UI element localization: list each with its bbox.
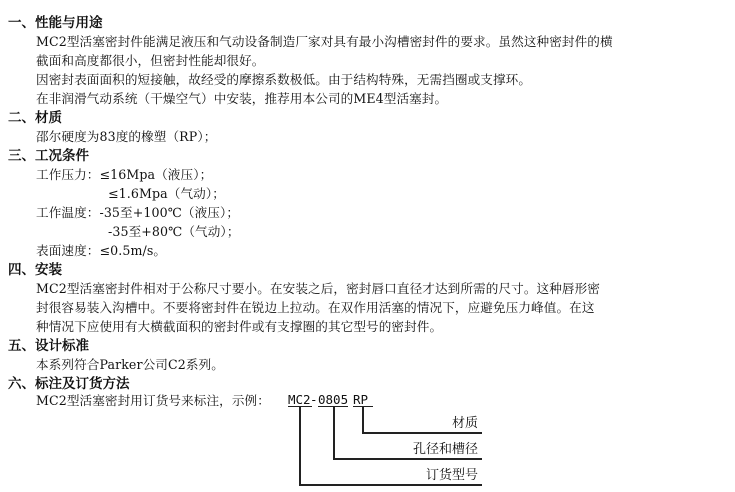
code-part-dash: - (310, 392, 318, 407)
leader-material-horizontal (362, 432, 482, 434)
leader-series-vertical (299, 406, 301, 485)
leader-material-vertical (362, 406, 364, 433)
code-part-material: RP (353, 392, 368, 407)
leader-size-horizontal (333, 458, 482, 460)
document-page: 一、性能与用途 MC2型活塞密封件能满足液压和气动设备制造厂家对具有最小沟槽密封… (0, 0, 735, 492)
label-material: 材质 (452, 412, 478, 431)
code-part-series: MC2 (288, 392, 311, 407)
label-order-type: 订货型号 (426, 464, 478, 483)
leader-series-horizontal (299, 484, 482, 486)
order-code-diagram: MC2 - 0805 RP 材质 孔径和槽径 订货型号 (0, 0, 735, 492)
leader-size-vertical (333, 406, 335, 459)
code-part-size: 0805 (318, 392, 348, 407)
label-bore-groove: 孔径和槽径 (413, 438, 478, 457)
